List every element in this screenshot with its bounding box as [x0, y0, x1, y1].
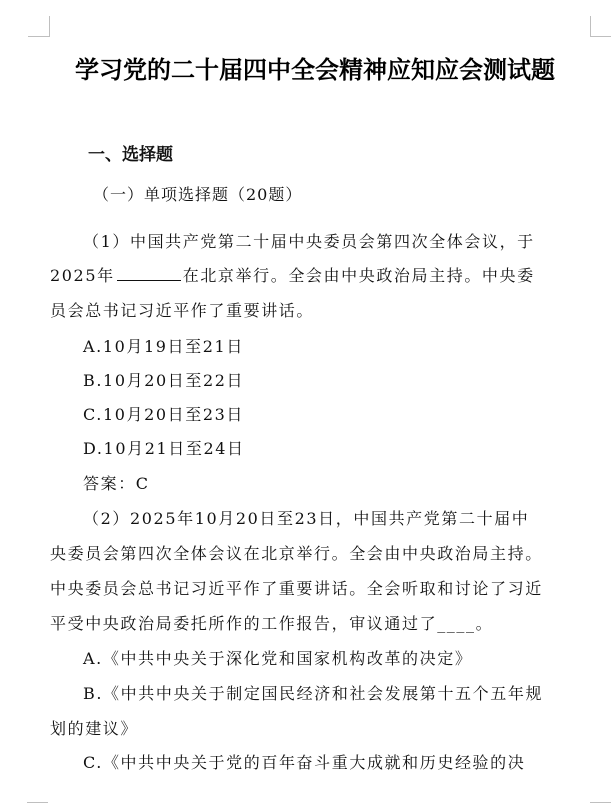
question-1-option-d: D.10月21日至24日: [83, 437, 613, 461]
question-2-option-c: C.《中共中央关于党的百年奋斗重大成就和历史经验的决: [83, 751, 613, 775]
corner-mark-top-left-v: [49, 16, 50, 37]
question-1-option-b: B.10月20日至22日: [83, 369, 613, 393]
question-2-option-b: B.《中共中央关于制定国民经济和社会发展第十五个五年规: [83, 682, 613, 706]
question-2-line-4: 平受中央政治局委托所作的工作报告，审议通过了____。: [50, 612, 580, 636]
question-1-line-2: 2025年在北京举行。全会由中央政治局主持。中央委: [50, 264, 580, 288]
question-1-option-a: A.10月19日至21日: [83, 335, 613, 359]
question-1-line-3: 员会总书记习近平作了重要讲话。: [50, 299, 580, 323]
question-1-option-c: C.10月20日至23日: [83, 403, 613, 427]
question-1-year: 2025年: [50, 266, 115, 285]
question-1-line-2-rest: 在北京举行。全会由中央政治局主持。中央委: [183, 266, 535, 285]
question-2-line-2: 央委员会第四次全体会议在北京举行。全会由中央政治局主持。: [50, 542, 580, 566]
fill-in-blank: [117, 264, 181, 281]
question-2-option-a: A.《中共中央关于深化党和国家机构改革的决定》: [83, 647, 613, 671]
subsection-heading: （一）单项选择题（20题）: [93, 183, 302, 207]
section-heading: 一、选择题: [88, 143, 173, 167]
document-title: 学习党的二十届四中全会精神应知应会测试题: [48, 54, 582, 86]
question-2-option-b-cont: 划的建议》: [50, 717, 580, 741]
corner-mark-top-right-v: [590, 16, 591, 37]
question-1-answer: 答案：C: [83, 472, 613, 496]
question-2-line-1: （2）2025年10月20日至23日，中国共产党第二十届中: [83, 507, 613, 531]
corner-mark-top-left-h: [28, 36, 50, 37]
question-2-line-3: 中央委员会总书记习近平作了重要讲话。全会听取和讨论了习近: [50, 577, 580, 601]
question-1-line-1: （1）中国共产党第二十届中央委员会第四次全体会议，于: [83, 230, 613, 254]
corner-mark-top-right-h: [590, 36, 611, 37]
